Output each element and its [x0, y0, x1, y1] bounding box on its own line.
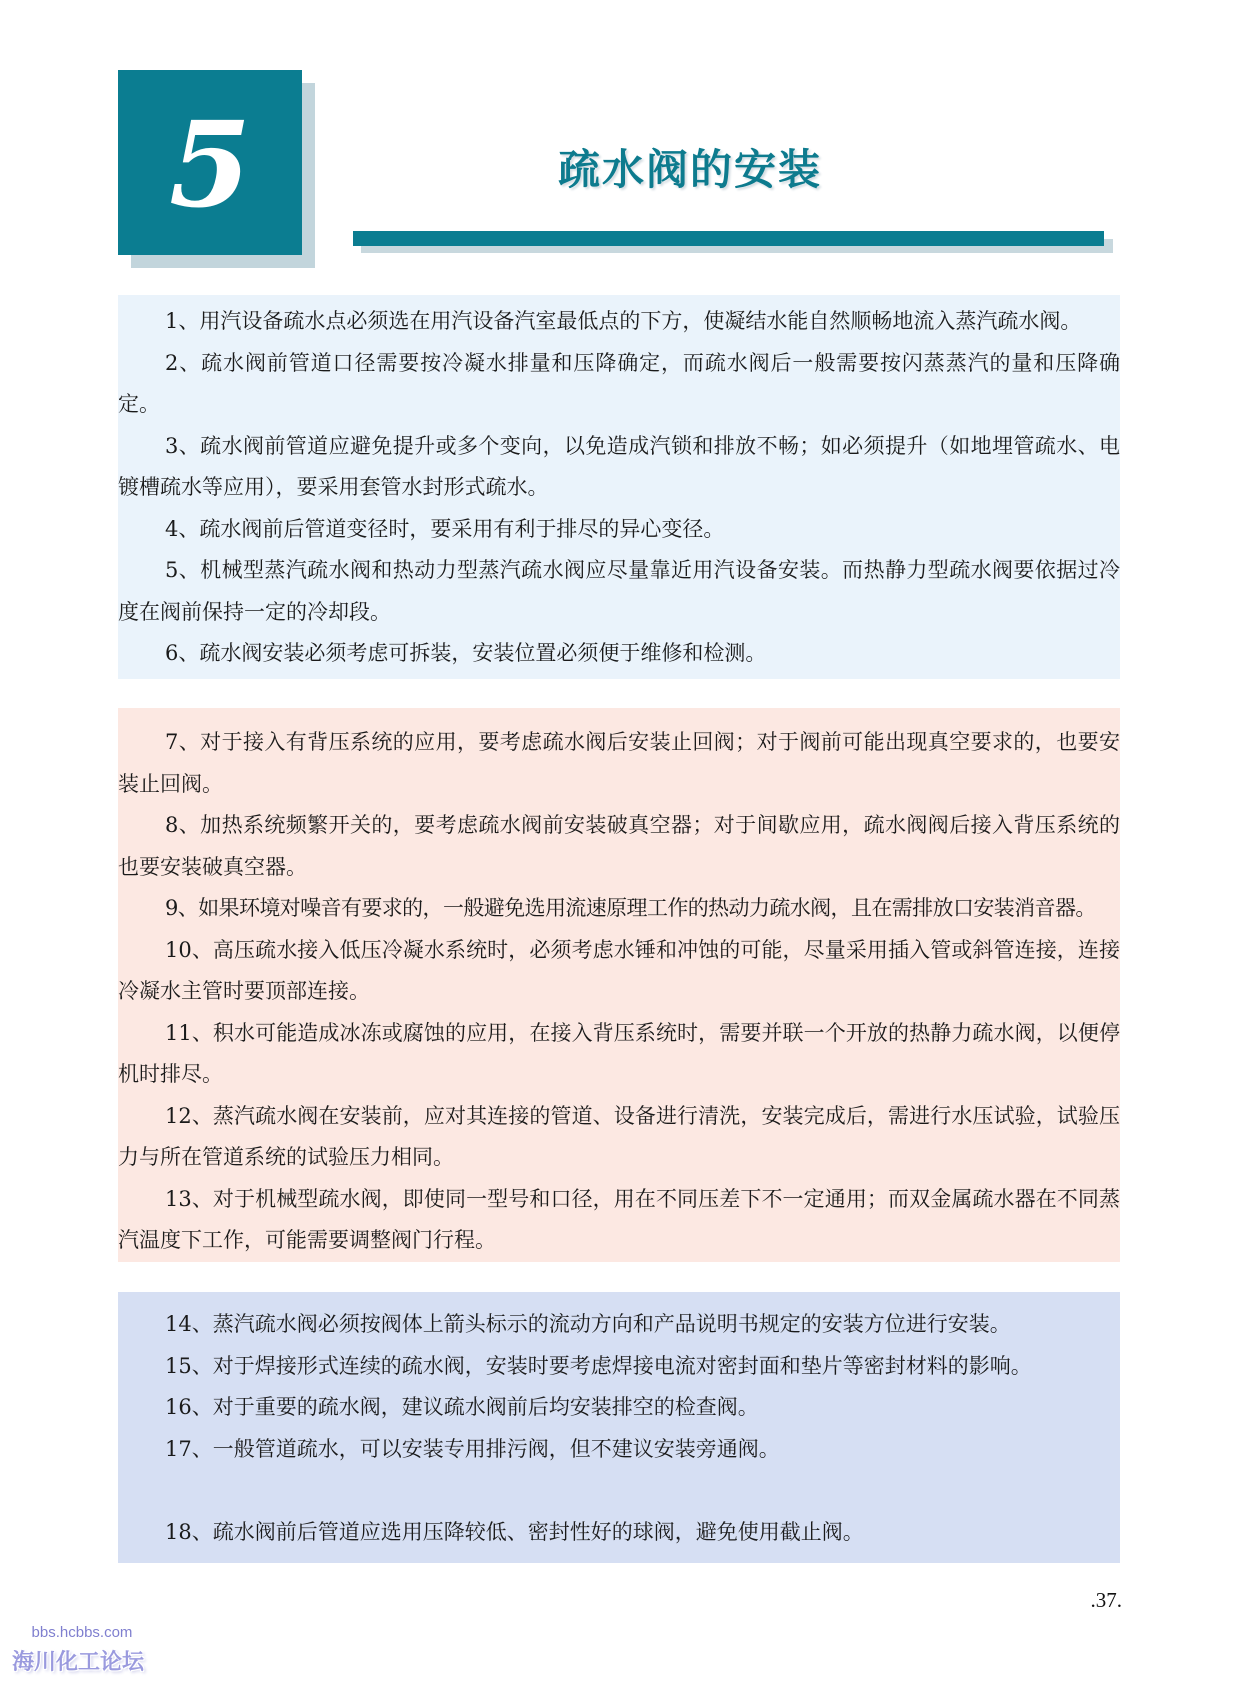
- guideline-block-general: 1、用汽设备疏水点必须选在用汽设备汽室最低点的下方，使凝结水能自然顺畅地流入蒸汽…: [118, 295, 1120, 679]
- guideline-item-8: 8、加热系统频繁开关的，要考虑疏水阀前安装破真空器；对于间歇应用，疏水阀阀后接入…: [118, 805, 1120, 888]
- guideline-block-system: 7、对于接入有背压系统的应用，要考虑疏水阀后安装止回阀；对于阀前可能出现真空要求…: [118, 708, 1120, 1262]
- guideline-item-18: 18、疏水阀前后管道应选用压降较低、密封性好的球阀，避免使用截止阀。: [118, 1512, 1120, 1554]
- guideline-item-10: 10、高压疏水接入低压冷凝水系统时，必须考虑水锤和冲蚀的可能，尽量采用插入管或斜…: [118, 930, 1120, 1013]
- chapter-number-box: 5: [118, 70, 302, 255]
- guideline-block-valves: 14、蒸汽疏水阀必须按阀体上箭头标示的流动方向和产品说明书规定的安装方位进行安装…: [118, 1292, 1120, 1563]
- page-number: .37.: [1080, 1588, 1122, 1613]
- guideline-item-4: 4、疏水阀前后管道变径时，要采用有利于排尽的异心变径。: [118, 509, 1120, 551]
- guideline-item-13: 13、对于机械型疏水阀，即使同一型号和口径，用在不同压差下不一定通用；而双金属疏…: [118, 1179, 1120, 1262]
- guideline-item-7: 7、对于接入有背压系统的应用，要考虑疏水阀后安装止回阀；对于阀前可能出现真空要求…: [118, 722, 1120, 805]
- title-underline-bar: [353, 231, 1104, 246]
- guideline-item-3: 3、疏水阀前管道应避免提升或多个变向，以免造成汽锁和排放不畅；如必须提升（如地埋…: [118, 426, 1120, 509]
- watermark-url: bbs.hcbbs.com: [22, 1624, 142, 1641]
- guideline-item-6: 6、疏水阀安装必须考虑可拆装，安装位置必须便于维修和检测。: [118, 633, 1120, 675]
- guideline-item-16: 16、对于重要的疏水阀，建议疏水阀前后均安装排空的检查阀。: [118, 1387, 1120, 1429]
- guideline-item-15: 15、对于焊接形式连续的疏水阀，安装时要考虑焊接电流对密封面和垫片等密封材料的影…: [118, 1346, 1120, 1388]
- guideline-item-14: 14、蒸汽疏水阀必须按阀体上箭头标示的流动方向和产品说明书规定的安装方位进行安装…: [118, 1304, 1120, 1346]
- chapter-title: 疏水阀的安装: [540, 140, 840, 200]
- guideline-item-1: 1、用汽设备疏水点必须选在用汽设备汽室最低点的下方，使凝结水能自然顺畅地流入蒸汽…: [118, 301, 1120, 343]
- guideline-item-12: 12、蒸汽疏水阀在安装前，应对其连接的管道、设备进行清洗，安装完成后，需进行水压…: [118, 1096, 1120, 1179]
- chapter-number: 5: [169, 106, 251, 224]
- guideline-item-9: 9、如果环境对噪音有要求的，一般避免选用流速原理工作的热动力疏水阀，且在需排放口…: [118, 888, 1120, 930]
- guideline-item-11: 11、积水可能造成冰冻或腐蚀的应用，在接入背压系统时，需要并联一个开放的热静力疏…: [118, 1013, 1120, 1096]
- spacer: [118, 1470, 1120, 1512]
- guideline-item-5: 5、机械型蒸汽疏水阀和热动力型蒸汽疏水阀应尽量靠近用汽设备安装。而热静力型疏水阀…: [118, 550, 1120, 633]
- guideline-item-17: 17、一般管道疏水，可以安装专用排污阀，但不建议安装旁通阀。: [118, 1429, 1120, 1471]
- guideline-item-2: 2、疏水阀前管道口径需要按冷凝水排量和压降确定，而疏水阀后一般需要按闪蒸蒸汽的量…: [118, 343, 1120, 426]
- watermark-logo-text: 海川化工论坛: [12, 1645, 144, 1676]
